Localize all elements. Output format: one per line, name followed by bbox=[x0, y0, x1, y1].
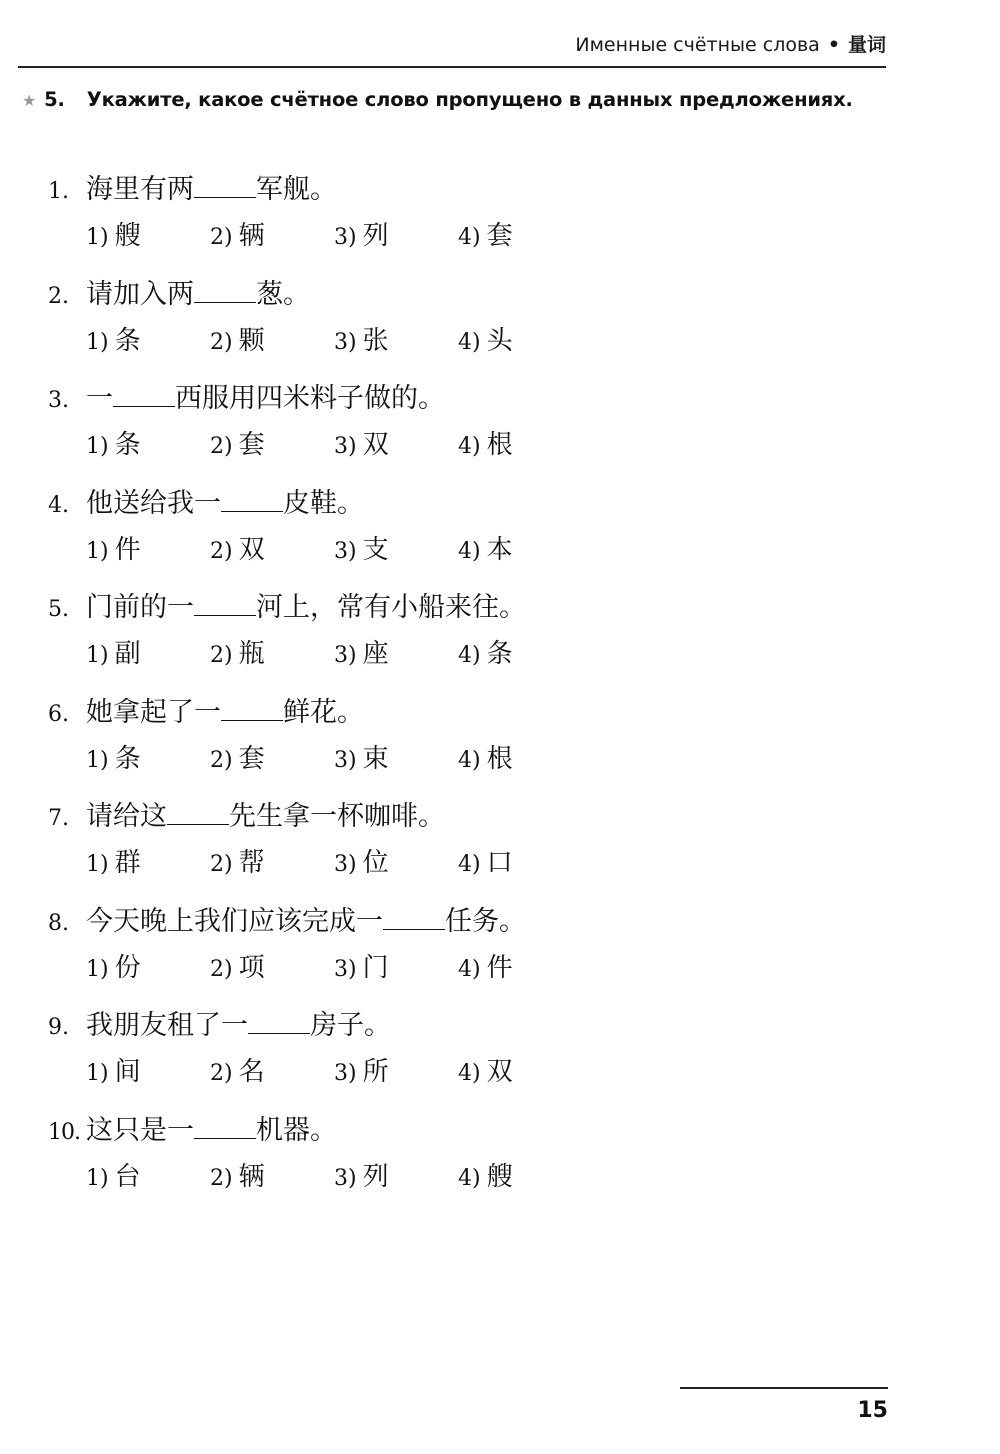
option-label: 2) bbox=[210, 330, 233, 355]
sentence-after: 机器。 bbox=[256, 1115, 337, 1146]
question-item: 4.他送给我一皮鞋。 1)件 2)双 3)支 4)本 bbox=[48, 482, 748, 587]
option-label: 4) bbox=[458, 643, 481, 668]
option-text: 套 bbox=[239, 744, 265, 774]
option-label: 4) bbox=[458, 1061, 481, 1086]
answer-blank[interactable] bbox=[383, 905, 445, 930]
option-2[interactable]: 2)双 bbox=[210, 526, 334, 576]
answer-blank[interactable] bbox=[221, 696, 283, 721]
question-item: 3.一西服用四米料子做的。 1)条 2)套 3)双 4)根 bbox=[48, 377, 748, 482]
sentence-after: 河上，常有小船来往。 bbox=[256, 592, 526, 623]
option-text: 头 bbox=[487, 326, 513, 356]
sentence-before: 他送给我一 bbox=[86, 488, 221, 519]
answer-blank[interactable] bbox=[248, 1009, 310, 1034]
question-item: 2.请加入两葱。 1)条 2)颗 3)张 4)头 bbox=[48, 273, 748, 378]
option-text: 件 bbox=[487, 953, 513, 983]
option-label: 2) bbox=[210, 957, 233, 982]
option-label: 3) bbox=[334, 748, 357, 773]
sentence-after: 先生拿一杯咖啡。 bbox=[229, 801, 445, 832]
option-label: 2) bbox=[210, 539, 233, 564]
option-text: 辆 bbox=[239, 1162, 265, 1192]
option-3[interactable]: 3)列 bbox=[334, 212, 458, 262]
sentence-after: 皮鞋。 bbox=[283, 488, 364, 519]
option-text: 项 bbox=[239, 953, 265, 983]
sentence-before: 我朋友租了一 bbox=[86, 1010, 248, 1041]
option-text: 双 bbox=[363, 430, 389, 460]
answer-blank[interactable] bbox=[194, 173, 256, 198]
option-text: 门 bbox=[363, 953, 389, 983]
option-text: 辆 bbox=[239, 221, 265, 251]
option-text: 帮 bbox=[239, 848, 265, 878]
option-text: 群 bbox=[115, 848, 141, 878]
option-text: 双 bbox=[239, 535, 265, 565]
option-text: 套 bbox=[239, 430, 265, 460]
option-text: 间 bbox=[115, 1057, 141, 1087]
option-label: 4) bbox=[458, 330, 481, 355]
option-1[interactable]: 1)件 bbox=[86, 526, 210, 576]
option-3[interactable]: 3)位 bbox=[334, 839, 458, 889]
option-label: 2) bbox=[210, 852, 233, 877]
option-label: 3) bbox=[334, 539, 357, 564]
option-2[interactable]: 2)套 bbox=[210, 735, 334, 785]
sentence-after: 西服用四米料子做的。 bbox=[175, 383, 445, 414]
sentence-before: 请加入两 bbox=[86, 279, 194, 310]
option-text: 副 bbox=[115, 639, 141, 669]
option-4[interactable]: 4)艘 bbox=[458, 1153, 582, 1203]
option-label: 2) bbox=[210, 1166, 233, 1191]
option-1[interactable]: 1)条 bbox=[86, 735, 210, 785]
option-1[interactable]: 1)艘 bbox=[86, 212, 210, 262]
option-4[interactable]: 4)本 bbox=[458, 526, 582, 576]
option-2[interactable]: 2)帮 bbox=[210, 839, 334, 889]
footer-divider bbox=[680, 1387, 888, 1389]
option-text: 名 bbox=[239, 1057, 265, 1087]
sentence-after: 葱。 bbox=[256, 279, 310, 310]
option-4[interactable]: 4)件 bbox=[458, 944, 582, 994]
option-label: 2) bbox=[210, 643, 233, 668]
option-label: 3) bbox=[334, 225, 357, 250]
star-icon: ★ bbox=[22, 91, 36, 110]
sentence-after: 鲜花。 bbox=[283, 697, 364, 728]
sentence-before: 门前的一 bbox=[86, 592, 194, 623]
answer-blank[interactable] bbox=[113, 382, 175, 407]
option-3[interactable]: 3)张 bbox=[334, 317, 458, 367]
question-number: 3. bbox=[48, 379, 86, 423]
option-label: 2) bbox=[210, 225, 233, 250]
option-label: 4) bbox=[458, 852, 481, 877]
option-text: 瓶 bbox=[239, 639, 265, 669]
option-text: 艘 bbox=[115, 221, 141, 251]
question-item: 9.我朋友租了一房子。 1)间 2)名 3)所 4)双 bbox=[48, 1004, 748, 1109]
header-separator: • bbox=[828, 34, 840, 56]
header-divider bbox=[18, 66, 886, 68]
option-text: 艘 bbox=[487, 1162, 513, 1192]
question-number: 6. bbox=[48, 693, 86, 737]
question-item: 8.今天晚上我们应该完成一任务。 1)份 2)项 3)门 4)件 bbox=[48, 900, 748, 1005]
sentence-before: 海里有两 bbox=[86, 174, 194, 205]
option-text: 口 bbox=[487, 848, 513, 878]
option-label: 2) bbox=[210, 748, 233, 773]
option-3[interactable]: 3)门 bbox=[334, 944, 458, 994]
question-list: 1.海里有两军舰。 1)艘 2)辆 3)列 4)套 2.请加入两葱。 1)条 2… bbox=[48, 168, 748, 1213]
option-3[interactable]: 3)支 bbox=[334, 526, 458, 576]
option-text: 份 bbox=[115, 953, 141, 983]
question-number: 10. bbox=[48, 1111, 86, 1155]
question-number: 2. bbox=[48, 275, 86, 319]
option-label: 4) bbox=[458, 748, 481, 773]
option-label: 3) bbox=[334, 434, 357, 459]
option-2[interactable]: 2)颗 bbox=[210, 317, 334, 367]
option-text: 根 bbox=[487, 744, 513, 774]
sentence-before: 这只是一 bbox=[86, 1115, 194, 1146]
option-text: 根 bbox=[487, 430, 513, 460]
option-4[interactable]: 4)条 bbox=[458, 630, 582, 680]
question-number: 1. bbox=[48, 170, 86, 214]
option-label: 4) bbox=[458, 1166, 481, 1191]
option-text: 位 bbox=[363, 848, 389, 878]
option-text: 件 bbox=[115, 535, 141, 565]
option-text: 双 bbox=[487, 1057, 513, 1087]
answer-blank[interactable] bbox=[194, 591, 256, 616]
sentence-before: 请给这 bbox=[86, 801, 167, 832]
option-label: 1) bbox=[86, 957, 109, 982]
option-text: 条 bbox=[115, 744, 141, 774]
option-label: 1) bbox=[86, 852, 109, 877]
option-4[interactable]: 4)双 bbox=[458, 1048, 582, 1098]
option-label: 3) bbox=[334, 957, 357, 982]
answer-blank[interactable] bbox=[194, 278, 256, 303]
option-4[interactable]: 4)口 bbox=[458, 839, 582, 889]
option-1[interactable]: 1)群 bbox=[86, 839, 210, 889]
option-4[interactable]: 4)根 bbox=[458, 421, 582, 471]
option-label: 4) bbox=[458, 957, 481, 982]
option-text: 座 bbox=[363, 639, 389, 669]
option-4[interactable]: 4)头 bbox=[458, 317, 582, 367]
option-1[interactable]: 1)间 bbox=[86, 1048, 210, 1098]
option-4[interactable]: 4)根 bbox=[458, 735, 582, 785]
option-3[interactable]: 3)双 bbox=[334, 421, 458, 471]
option-text: 所 bbox=[363, 1057, 389, 1087]
option-text: 束 bbox=[363, 744, 389, 774]
sentence-before: 她拿起了一 bbox=[86, 697, 221, 728]
option-text: 列 bbox=[363, 221, 389, 251]
header-title-cn: 量词 bbox=[848, 34, 886, 56]
option-label: 3) bbox=[334, 1166, 357, 1191]
answer-blank[interactable] bbox=[221, 487, 283, 512]
option-label: 1) bbox=[86, 539, 109, 564]
option-2[interactable]: 2)名 bbox=[210, 1048, 334, 1098]
option-label: 3) bbox=[334, 1061, 357, 1086]
option-label: 1) bbox=[86, 330, 109, 355]
option-1[interactable]: 1)份 bbox=[86, 944, 210, 994]
option-4[interactable]: 4)套 bbox=[458, 212, 582, 262]
option-label: 1) bbox=[86, 643, 109, 668]
option-text: 条 bbox=[115, 326, 141, 356]
sentence-before: 今天晚上我们应该完成一 bbox=[86, 906, 383, 937]
question-item: 1.海里有两军舰。 1)艘 2)辆 3)列 4)套 bbox=[48, 168, 748, 273]
option-label: 1) bbox=[86, 1061, 109, 1086]
sentence-before: 一 bbox=[86, 383, 113, 414]
header-title-ru: Именные счётные слова bbox=[575, 34, 819, 56]
option-text: 套 bbox=[487, 221, 513, 251]
question-item: 7.请给这先生拿一杯咖啡。 1)群 2)帮 3)位 4)口 bbox=[48, 795, 748, 900]
sentence-after: 军舰。 bbox=[256, 174, 337, 205]
option-3[interactable]: 3)束 bbox=[334, 735, 458, 785]
question-number: 4. bbox=[48, 484, 86, 528]
option-label: 3) bbox=[334, 330, 357, 355]
option-1[interactable]: 1)条 bbox=[86, 317, 210, 367]
question-number: 5. bbox=[48, 588, 86, 632]
option-text: 支 bbox=[363, 535, 389, 565]
option-label: 1) bbox=[86, 225, 109, 250]
option-1[interactable]: 1)条 bbox=[86, 421, 210, 471]
option-2[interactable]: 2)辆 bbox=[210, 1153, 334, 1203]
question-item: 10.这只是一机器。 1)台 2)辆 3)列 4)艘 bbox=[48, 1109, 748, 1214]
answer-blank[interactable] bbox=[167, 800, 229, 825]
question-item: 5.门前的一河上，常有小船来往。 1)副 2)瓶 3)座 4)条 bbox=[48, 586, 748, 691]
option-label: 4) bbox=[458, 225, 481, 250]
option-text: 条 bbox=[487, 639, 513, 669]
option-text: 颗 bbox=[239, 326, 265, 356]
option-2[interactable]: 2)套 bbox=[210, 421, 334, 471]
option-text: 张 bbox=[363, 326, 389, 356]
option-text: 条 bbox=[115, 430, 141, 460]
option-label: 4) bbox=[458, 434, 481, 459]
answer-blank[interactable] bbox=[194, 1114, 256, 1139]
task-instruction: Укажите, какое счётное слово пропущено в… bbox=[87, 88, 853, 111]
option-text: 台 bbox=[115, 1162, 141, 1192]
option-3[interactable]: 3)列 bbox=[334, 1153, 458, 1203]
option-label: 4) bbox=[458, 539, 481, 564]
option-label: 1) bbox=[86, 748, 109, 773]
running-header: Именные счётные слова•量词 bbox=[575, 30, 886, 57]
option-3[interactable]: 3)所 bbox=[334, 1048, 458, 1098]
sentence-after: 房子。 bbox=[310, 1010, 391, 1041]
option-text: 列 bbox=[363, 1162, 389, 1192]
page-number: 15 bbox=[857, 1398, 888, 1423]
question-number: 9. bbox=[48, 1006, 86, 1050]
option-3[interactable]: 3)座 bbox=[334, 630, 458, 680]
option-label: 3) bbox=[334, 852, 357, 877]
option-label: 1) bbox=[86, 1166, 109, 1191]
option-text: 本 bbox=[487, 535, 513, 565]
option-1[interactable]: 1)副 bbox=[86, 630, 210, 680]
task-number: 5. bbox=[44, 88, 65, 111]
question-number: 7. bbox=[48, 797, 86, 841]
option-2[interactable]: 2)瓶 bbox=[210, 630, 334, 680]
option-label: 3) bbox=[334, 643, 357, 668]
option-label: 2) bbox=[210, 1061, 233, 1086]
task-heading: ★5.Укажите, какое счётное слово пропущен… bbox=[22, 88, 853, 111]
question-number: 8. bbox=[48, 902, 86, 946]
option-1[interactable]: 1)台 bbox=[86, 1153, 210, 1203]
question-item: 6.她拿起了一鲜花。 1)条 2)套 3)束 4)根 bbox=[48, 691, 748, 796]
sentence-after: 任务。 bbox=[445, 906, 526, 937]
option-label: 2) bbox=[210, 434, 233, 459]
option-2[interactable]: 2)辆 bbox=[210, 212, 334, 262]
option-2[interactable]: 2)项 bbox=[210, 944, 334, 994]
option-label: 1) bbox=[86, 434, 109, 459]
